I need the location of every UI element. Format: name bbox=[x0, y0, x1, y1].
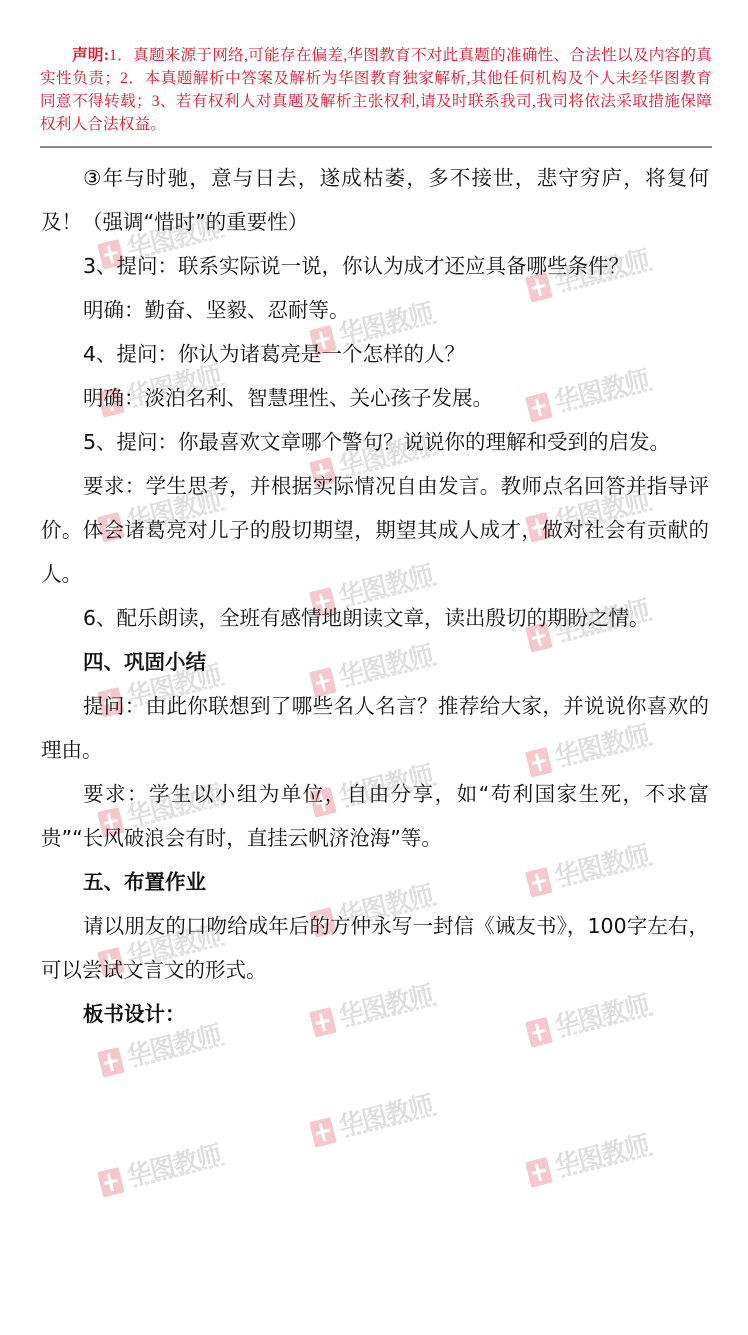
watermark-logo-icon bbox=[97, 1167, 125, 1198]
watermark-text: 华图教师 bbox=[550, 1125, 652, 1183]
watermark-logo-icon bbox=[525, 1157, 553, 1188]
paragraph-question-5: 5、提问：你最喜欢文章哪个警句？说说你的理解和受到的启发。 bbox=[41, 420, 709, 464]
disclaimer-text: 1．真题来源于网络,可能存在偏差,华图教育不对此真题的准确性、合法性以及内容的真… bbox=[40, 47, 712, 133]
section-heading-board-design: 板书设计： bbox=[41, 992, 709, 1036]
watermark-subtext bbox=[345, 1112, 439, 1138]
disclaimer-notice: 声明:1．真题来源于网络,可能存在偏差,华图教育不对此真题的准确性、合法性以及内… bbox=[40, 44, 712, 136]
paragraph-requirement-5: 要求：学生思考，并根据实际情况自由发言。教师点名回答并指导评价。体会诸葛亮对儿子… bbox=[41, 464, 709, 596]
paragraph-question-4: 4、提问：你认为诸葛亮是一个怎样的人？ bbox=[41, 332, 709, 376]
paragraph-quote-3: ③年与时驰，意与日去，遂成枯萎，多不接世，悲守穷庐，将复何及！（强调“惜时”的重… bbox=[41, 156, 709, 244]
section-heading-homework: 五、布置作业 bbox=[41, 860, 709, 904]
watermark: 华图教师 bbox=[94, 1127, 241, 1207]
watermark-logo-icon bbox=[97, 1047, 125, 1078]
paragraph-summary-requirement: 要求：学生以小组为单位，自由分享，如“苟利国家生死，不求富贵”“长风破浪会有时，… bbox=[41, 772, 709, 860]
lesson-plan-body: ③年与时驰，意与日去，遂成枯萎，多不接世，悲守穷庐，将复何及！（强调“惜时”的重… bbox=[41, 156, 709, 1036]
watermark-logo-icon bbox=[309, 1117, 337, 1148]
watermark-subtext bbox=[133, 1162, 227, 1188]
header-separator bbox=[40, 146, 712, 148]
document-page: 声明:1．真题来源于网络,可能存在偏差,华图教育不对此真题的准确性、合法性以及内… bbox=[0, 0, 748, 1335]
watermark-subtext bbox=[133, 1042, 227, 1068]
section-heading-summary: 四、巩固小结 bbox=[41, 640, 709, 684]
watermark-text: 华图教师 bbox=[122, 1135, 224, 1193]
paragraph-question-3: 3、提问：联系实际说一说，你认为成才还应具备哪些条件？ bbox=[41, 244, 709, 288]
watermark: 华图教师 bbox=[522, 1117, 669, 1197]
watermark: 华图教师 bbox=[306, 1077, 453, 1157]
paragraph-answer-4: 明确：淡泊名利、智慧理性、关心孩子发展。 bbox=[41, 376, 709, 420]
paragraph-answer-3: 明确：勤奋、坚毅、忍耐等。 bbox=[41, 288, 709, 332]
paragraph-summary-question: 提问：由此你联想到了哪些名人名言？推荐给大家，并说说你喜欢的理由。 bbox=[41, 684, 709, 772]
disclaimer-label: 声明: bbox=[72, 47, 109, 64]
watermark-subtext bbox=[561, 1152, 655, 1178]
paragraph-homework: 请以朋友的口吻给成年后的方仲永写一封信《诫友书》，100字左右，可以尝试文言文的… bbox=[41, 904, 709, 992]
watermark-text: 华图教师 bbox=[334, 1085, 436, 1143]
paragraph-activity-6: 6、配乐朗读，全班有感情地朗读文章，读出殷切的期盼之情。 bbox=[41, 596, 709, 640]
